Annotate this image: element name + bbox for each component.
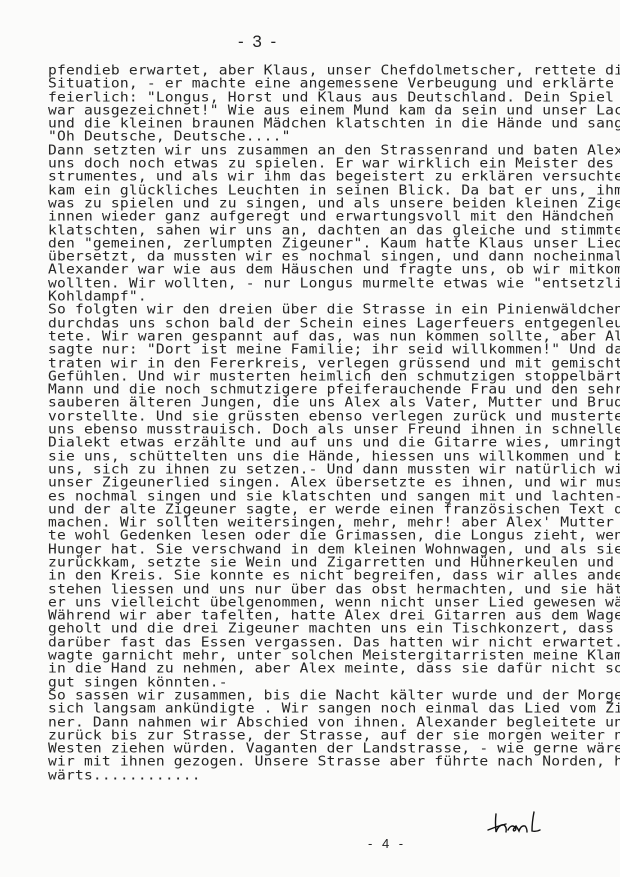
text-line: strumentes, und als wir ihm das begeiste…: [48, 171, 618, 183]
text-line: te wohl Gedenken lesen oder die Grimasse…: [48, 530, 618, 542]
text-line: sich langsam ankündigte . Wir sangen noc…: [48, 703, 618, 715]
text-line: Dialekt etwas erzählte und auf uns und d…: [48, 437, 618, 449]
text-line: unser Zigeunerlied singen. Alex übersetz…: [48, 477, 618, 489]
signature-icon: [484, 808, 544, 836]
text-line: sie uns, schüttelten uns die Hände, hies…: [48, 450, 618, 462]
text-line: "Oh Deutsche, Deutsche....": [48, 131, 618, 143]
text-line: stehen liessen und uns nur über das obst…: [48, 583, 618, 595]
page-number-bottom: - 4 -: [368, 836, 406, 851]
text-line: in den Kreis. Sie konnte es nicht begrei…: [48, 570, 618, 582]
text-line: ner. Dann nahmen wir Abschied von ihnen.…: [48, 716, 618, 728]
text-line: es nochmal singen und sie klatschten und…: [48, 490, 618, 502]
text-line: innen wieder ganz aufgeregt und erwartun…: [48, 211, 618, 223]
page-number-top: - 3 -: [238, 32, 278, 52]
text-line: in die Hand zu nehmen, aber Alex meinte,…: [48, 663, 618, 675]
text-line: So folgten wir den dreien über die Stras…: [48, 304, 618, 316]
text-line: Alexander war wie aus dem Häuschen und f…: [48, 264, 618, 276]
text-line: wärts............: [48, 769, 618, 781]
text-line: geholt und die drei Zigeuner machten uns…: [48, 623, 618, 635]
text-line: wir mit ihnen gezogen. Unsere Strasse ab…: [48, 756, 618, 768]
text-line: traten wir in den Fererkreis, verlegen g…: [48, 357, 618, 369]
text-line: feierlich: "Longus, Horst und Klaus aus …: [48, 91, 618, 103]
text-line: Situation, - er machte eine angemessene …: [48, 78, 618, 90]
text-line: sagte nur: "Dort ist meine Familie; ihr …: [48, 344, 618, 356]
text-line: klatschten, sahen wir uns an, dachten an…: [48, 224, 618, 236]
text-line: sauberen älteren Jungen, die uns Alex al…: [48, 397, 618, 409]
typewritten-body-text: pfendieb erwartet, aber Klaus, unser Che…: [48, 64, 618, 782]
handwritten-signature: [484, 808, 544, 836]
